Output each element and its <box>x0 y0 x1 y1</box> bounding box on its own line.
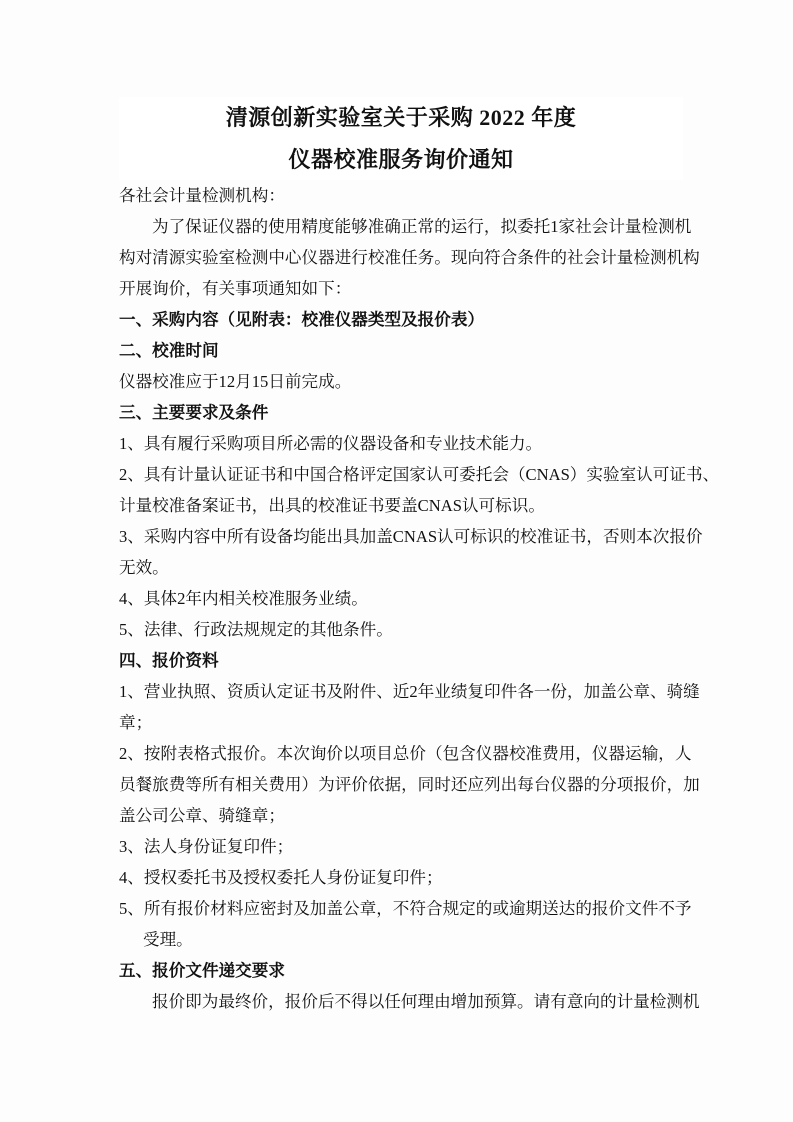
text-line: 2、按附表格式报价。本次询价以项目总价（包含仪器校准费用，仪器运输，人 <box>119 738 683 769</box>
text-line: 章； <box>119 707 683 738</box>
section-heading: 二、校准时间 <box>119 335 683 366</box>
text-line: 5、所有报价材料应密封及加盖公章，不符合规定的或逾期送达的报价文件不予 <box>119 893 683 924</box>
text-line: 盖公司公章、骑缝章； <box>119 800 683 831</box>
text-line: 无效。 <box>119 552 683 583</box>
text-line: 1、具有履行采购项目所必需的仪器设备和专业技术能力。 <box>119 428 683 459</box>
text-line: 为了保证仪器的使用精度能够准确正常的运行，拟委托1家社会计量检测机 <box>119 211 683 242</box>
text-line: 2、具有计量认证证书和中国合格评定国家认可委托会（CNAS）实验室认可证书、 <box>119 459 683 490</box>
section-heading: 一、采购内容（见附表：校准仪器类型及报价表） <box>119 304 683 335</box>
title-line-1: 清源创新实验室关于采购 2022 年度 <box>119 97 683 139</box>
text-line: 报价即为最终价，报价后不得以任何理由增加预算。请有意向的计量检测机 <box>119 986 683 1017</box>
document-body: 各社会计量检测机构：为了保证仪器的使用精度能够准确正常的运行，拟委托1家社会计量… <box>119 180 683 1017</box>
text-line: 1、营业执照、资质认定证书及附件、近2年业绩复印件各一份，加盖公章、骑缝 <box>119 676 683 707</box>
text-line: 4、授权委托书及授权委托人身份证复印件； <box>119 862 683 893</box>
section-heading: 四、报价资料 <box>119 645 683 676</box>
text-line: 构对清源实验室检测中心仪器进行校准任务。现向符合条件的社会计量检测机构 <box>119 242 683 273</box>
text-line: 5、法律、行政法规规定的其他条件。 <box>119 614 683 645</box>
text-line: 员餐旅费等所有相关费用）为评价依据，同时还应列出每台仪器的分项报价，加 <box>119 769 683 800</box>
text-line: 计量校准备案证书，出具的校准证书要盖CNAS认可标识。 <box>119 490 683 521</box>
text-line: 受理。 <box>119 924 683 955</box>
text-line: 3、采购内容中所有设备均能出具加盖CNAS认可标识的校准证书，否则本次报价 <box>119 521 683 552</box>
text-line: 3、法人身份证复印件； <box>119 831 683 862</box>
document-page: 清源创新实验室关于采购 2022 年度 仪器校准服务询价通知 各社会计量检测机构… <box>0 0 793 1122</box>
document-title: 清源创新实验室关于采购 2022 年度 仪器校准服务询价通知 <box>119 97 683 180</box>
section-heading: 五、报价文件递交要求 <box>119 955 683 986</box>
text-line: 开展询价，有关事项通知如下： <box>119 273 683 304</box>
title-line-2: 仪器校准服务询价通知 <box>119 139 683 181</box>
text-line: 4、具体2年内相关校准服务业绩。 <box>119 583 683 614</box>
document-content: 清源创新实验室关于采购 2022 年度 仪器校准服务询价通知 各社会计量检测机构… <box>119 97 683 1017</box>
section-heading: 三、主要要求及条件 <box>119 397 683 428</box>
text-line: 仪器校准应于12月15日前完成。 <box>119 366 683 397</box>
text-line: 各社会计量检测机构： <box>119 180 683 211</box>
